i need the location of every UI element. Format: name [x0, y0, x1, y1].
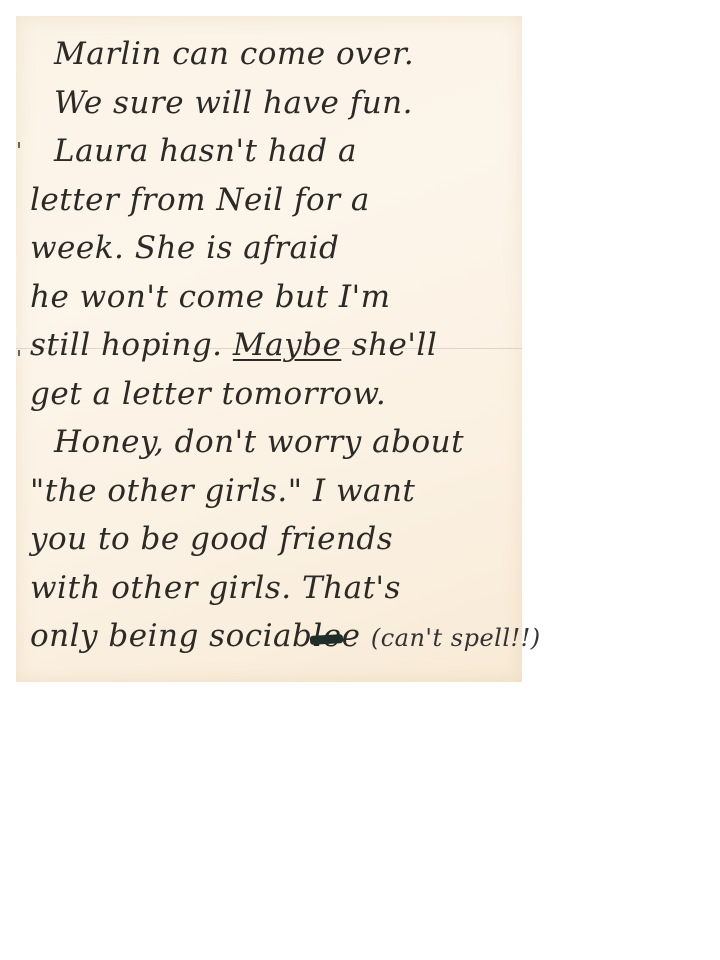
crossed-out-letters: le [312, 612, 341, 661]
letter-line-10: "the other girls." I want [30, 467, 508, 516]
letter-line-8: get a letter tomorrow. [30, 370, 508, 419]
underlined-word: Maybe [233, 327, 341, 363]
letter-line-12: with other girls. That's [30, 564, 508, 613]
letter-line-13: only being sociablee (can't spell!!) [30, 612, 508, 663]
letter-line-9: Honey, don't worry about [30, 418, 508, 467]
line-7-text-after: she'll [341, 327, 437, 363]
ink-mark [18, 142, 20, 148]
parenthetical-aside: (can't spell!!) [371, 624, 541, 652]
letter-page: Marlin can come over. We sure will have … [16, 16, 522, 682]
line-13-text-after: e [342, 618, 361, 654]
letter-line-3: Laura hasn't had a [30, 127, 508, 176]
letter-line-7: still hoping. Maybe she'll [30, 321, 508, 370]
letter-line-1: Marlin can come over. [30, 30, 508, 79]
letter-line-6: he won't come but I'm [30, 273, 508, 322]
letter-line-11: you to be good friends [30, 515, 508, 564]
line-13-text-before: only being sociab [30, 618, 312, 654]
letter-line-2: We sure will have fun. [30, 79, 508, 128]
handwritten-text: Marlin can come over. We sure will have … [30, 30, 508, 663]
letter-line-4: letter from Neil for a [30, 176, 508, 225]
ink-mark [18, 350, 20, 356]
letter-line-5: week. She is afraid [30, 224, 508, 273]
line-7-text-before: still hoping. [30, 327, 233, 363]
